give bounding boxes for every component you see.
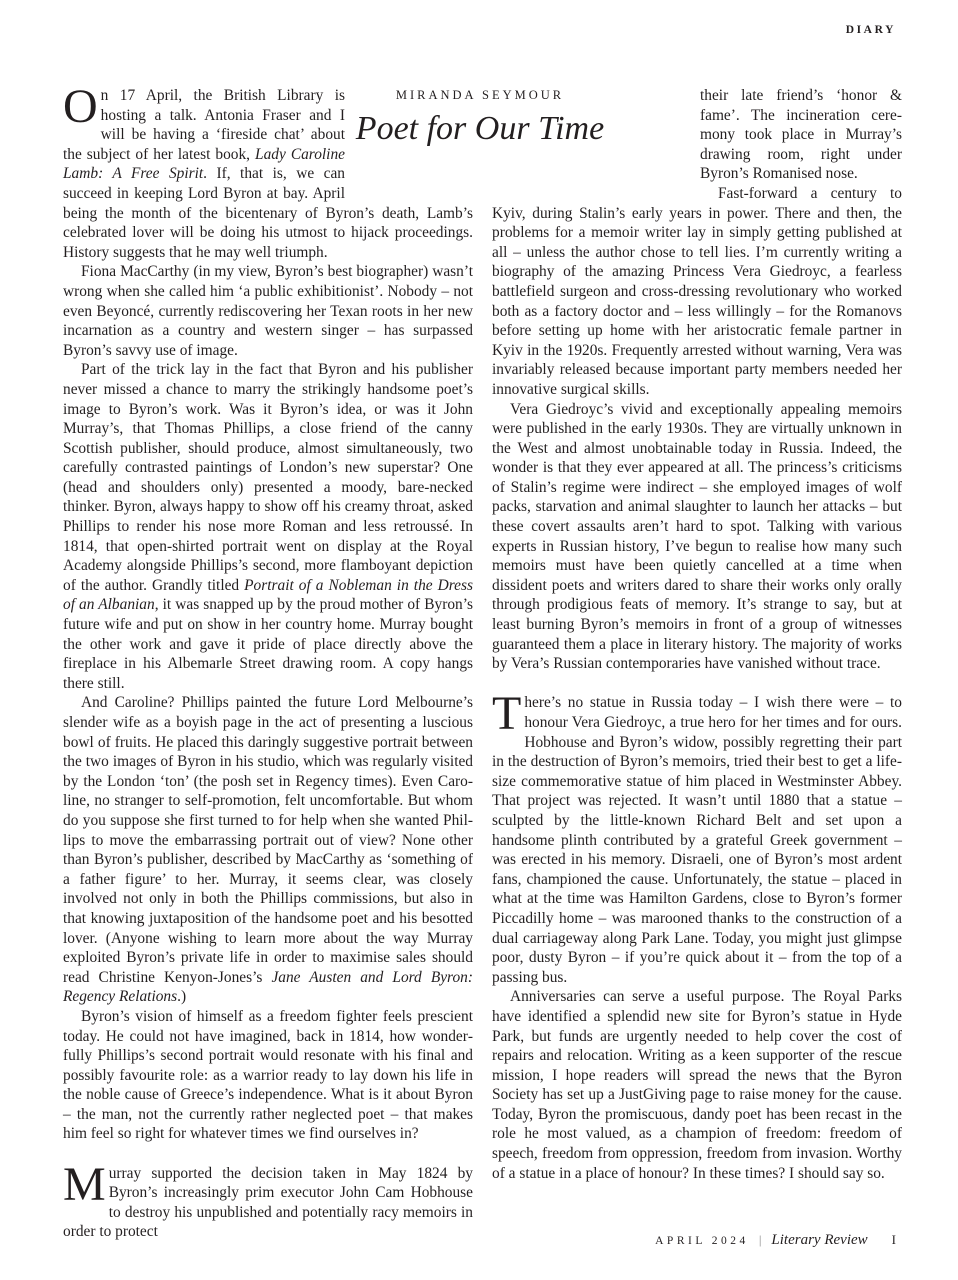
drop-cap: T [492,695,521,733]
magazine-name: Literary Review [771,1232,867,1249]
paragraph: Byron’s vision of himself as a freedom f… [63,1007,473,1144]
drop-cap: M [63,1166,106,1204]
drop-cap: O [63,88,98,126]
paragraph: Part of the trick lay in the fact that B… [63,360,473,693]
paragraph: There’s no statue in Russia today – I wi… [492,693,902,987]
section-label: DIARY [846,24,896,36]
issue-date: APRIL 2024 [655,1235,749,1247]
page-number: I [892,1232,896,1248]
paragraph: And Caroline? Phillips painted the futur… [63,693,473,1007]
paragraph: Murray supported the decision taken in M… [63,1164,473,1242]
paragraph: Vera Giedroyc’s vivid and exceptionally … [492,400,902,674]
footer-divider: | [759,1232,762,1248]
left-column: On 17 April, the British Library is host… [63,86,473,1242]
paragraph: Fast-forward a century to Kyiv, during S… [492,184,902,400]
paragraph: Anniversaries can serve a useful purpose… [492,987,902,1183]
right-column: their late friend’s ‘honor & fame’. The … [492,86,902,1183]
page-footer: APRIL 2024 | Literary Review I [655,1232,896,1249]
paragraph: Fiona MacCarthy (in my view, Byron’s bes… [63,262,473,360]
